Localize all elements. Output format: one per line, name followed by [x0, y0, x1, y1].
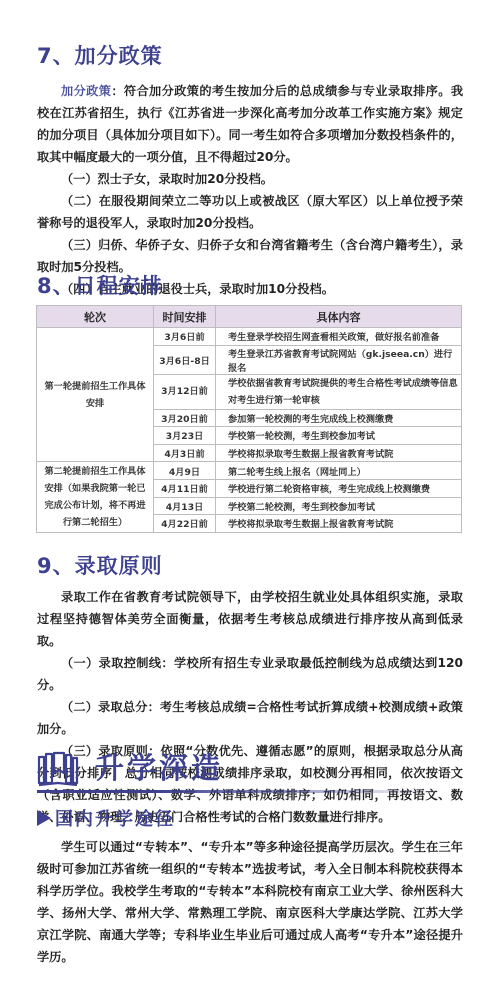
time-cell: 3月20日前 — [154, 409, 216, 427]
content-cell: 参加第一轮校测的考生完成线上校测缴费 — [216, 409, 462, 427]
banner-underline — [37, 790, 440, 793]
table-row: 第二轮提前招生工作具体安排（如果我院第一轮已完成公布计划，将不再进行第二轮招生）… — [37, 462, 462, 480]
admission-item-2: （二）录取总分：考生考核总成绩=合格性考试折算成绩+校测成绩+政策加分。 — [37, 696, 463, 740]
time-cell: 4月22日前 — [154, 515, 216, 533]
triangle-right-icon — [37, 810, 51, 826]
bonus-item-1: （一）烈士子女，录取时加20分投档。 — [37, 168, 463, 190]
bonus-policy-text: 加分政策：符合加分政策的考生按加分后的总成绩参与专业录取排序。我校在江苏省招生，… — [37, 80, 463, 300]
content-cell: 学校将拟录取考生数据上报省教育考试院 — [216, 515, 462, 533]
content-cell: 学校将拟录取考生数据上报省教育考试院 — [216, 444, 462, 462]
column-header-content: 具体内容 — [216, 306, 462, 328]
round-cell: 第二轮提前招生工作具体安排（如果我院第一轮已完成公布计划，将不再进行第二轮招生） — [37, 462, 154, 532]
content-cell: 学校第二轮校测，考生到校参加考试 — [216, 497, 462, 515]
time-cell: 4月13日 — [154, 497, 216, 515]
open-book-icon — [37, 749, 79, 787]
content-cell: 第二轮考生线上报名（网址同上） — [216, 462, 462, 480]
column-header-time: 时间安排 — [154, 306, 216, 328]
time-cell: 3月23日 — [154, 427, 216, 445]
subheading-domestic-study: 国内升学途径 — [37, 805, 175, 831]
time-cell: 3月6日前 — [154, 328, 216, 346]
admission-item-1: （一）录取控制线：学校所有招生专业录取最低控制线为总成绩达到120分。 — [37, 652, 463, 696]
domestic-study-body: 学生可以通过“专转本”、“专升本”等多种途径提高学历层次。学生在三年级时可参加江… — [37, 836, 463, 968]
bonus-item-2: （二）在服役期间荣立二等功以上或被战区（原大军区）以上单位授予荣誉称号的退役军人… — [37, 190, 463, 234]
time-cell: 4月3日前 — [154, 444, 216, 462]
content-cell: 学校依据省教育考试院提供的考生合格性考试成绩等信息对考生进行第一轮审核 — [216, 374, 462, 409]
admission-intro: 录取工作在省教育考试院领导下，由学校招生就业处具体组织实施，录取过程坚持德智体美… — [37, 586, 463, 652]
bonus-policy-intro: 加分政策：符合加分政策的考生按加分后的总成绩参与专业录取排序。我校在江苏省招生，… — [37, 80, 463, 168]
schedule-table: 轮次 时间安排 具体内容 第一轮提前招生工作具体安排 3月6日前 考生登录学校招… — [36, 305, 462, 533]
table-row: 第一轮提前招生工作具体安排 3月6日前 考生登录学校招生网查看相关政策，做好报名… — [37, 328, 462, 346]
content-cell: 学校进行第二轮资格审核，考生完成线上校测缴费 — [216, 479, 462, 497]
time-cell: 4月11日前 — [154, 479, 216, 497]
content-cell: 考生登录学校招生网查看相关政策，做好报名前准备 — [216, 328, 462, 346]
content-cell: 学校第一轮校测，考生到校参加考试 — [216, 427, 462, 445]
further-study-banner: 升学深造 — [37, 744, 463, 794]
round-cell: 第一轮提前招生工作具体安排 — [37, 328, 154, 462]
section-heading-schedule: 8、日程安排 — [37, 270, 163, 300]
bonus-policy-label: 加分政策 — [61, 84, 111, 98]
content-cell: 考生登录江苏省教育考试院网站（gk.jseea.cn）进行报名 — [216, 345, 462, 374]
subheading-text: 国内升学途径 — [55, 805, 175, 831]
time-cell: 4月9日 — [154, 462, 216, 480]
section-heading-bonus-policy: 7、加分政策 — [37, 40, 163, 70]
domestic-study-text: 学生可以通过“专转本”、“专升本”等多种途径提高学历层次。学生在三年级时可参加江… — [37, 836, 463, 968]
column-header-round: 轮次 — [37, 306, 154, 328]
table-header-row: 轮次 时间安排 具体内容 — [37, 306, 462, 328]
time-cell: 3月6日-8日 — [154, 345, 216, 374]
banner-title: 升学深造 — [95, 746, 223, 787]
section-heading-admission-principles: 9、录取原则 — [37, 550, 163, 580]
time-cell: 3月12日前 — [154, 374, 216, 409]
